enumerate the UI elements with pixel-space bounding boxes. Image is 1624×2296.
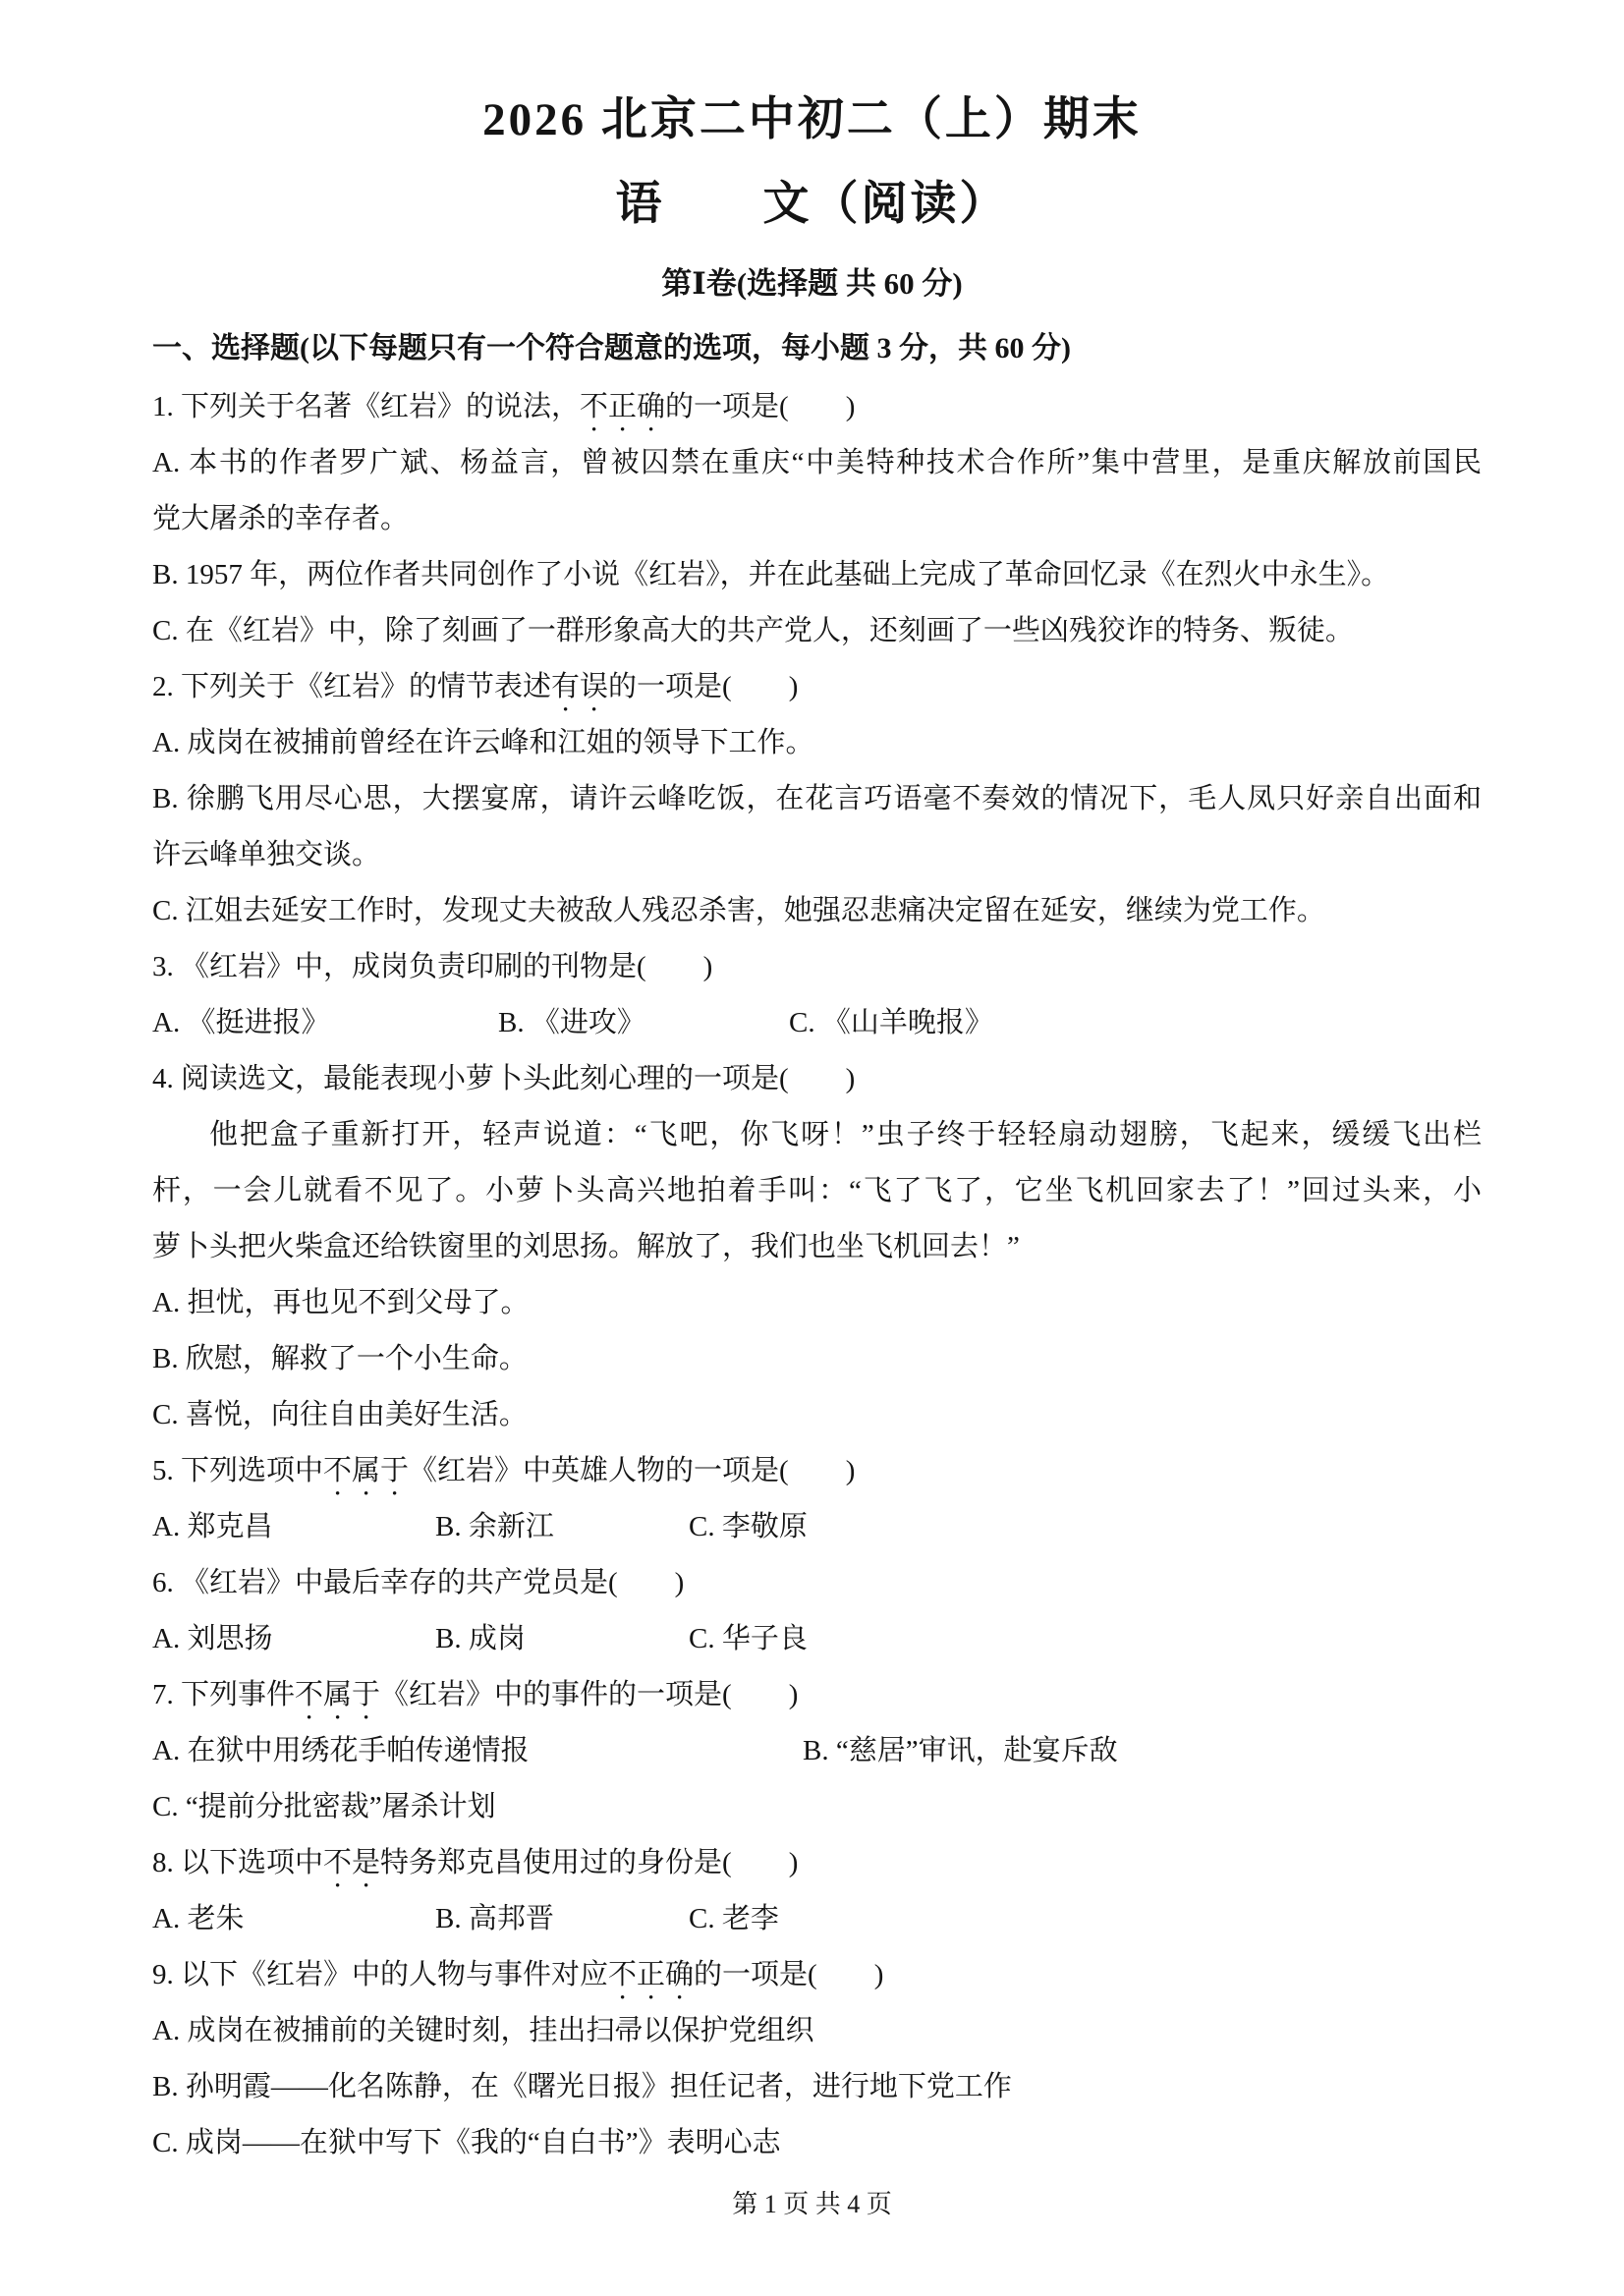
q3-option-b: B. 《进攻》 (498, 995, 789, 1051)
section-1-instructions: 一、选择题(以下每题只有一个符合题意的选项，每小题 3 分，共 60 分) (152, 326, 1482, 371)
q9-option-b: B. 孙明霞——化名陈静，在《曙光日报》担任记者，进行地下党工作 (152, 2059, 1482, 2115)
q7-stem-emphasis: 不属于 (295, 1679, 380, 1710)
q3-option-c: C. 《山羊晚报》 (789, 995, 993, 1051)
question-list: 1. 下列关于名著《红岩》的说法，不正确的一项是( ) A. 本书的作者罗广斌、… (152, 379, 1482, 2171)
question-3-stem: 3. 《红岩》中，成岗负责印刷的刊物是( ) (152, 939, 1482, 995)
q1-option-c: C. 在《红岩》中，除了刻画了一群形象高大的共产党人，还刻画了一些凶残狡诈的特务… (152, 603, 1482, 659)
q9-option-c: C. 成岗——在狱中写下《我的“自白书”》表明心志 (152, 2115, 1482, 2171)
q5-option-a: A. 郑克昌 (152, 1499, 435, 1555)
question-2-stem: 2. 下列关于《红岩》的情节表述有误的一项是( ) (152, 659, 1482, 715)
q5-option-c: C. 李敬原 (689, 1499, 808, 1555)
q1-option-a-line2: 党大屠杀的幸存者。 (152, 491, 1482, 547)
q3-options-row: A. 《挺进报》 B. 《进攻》 C. 《山羊晚报》 (152, 995, 1482, 1051)
q2-stem-emphasis: 有误 (551, 671, 608, 702)
q6-option-c: C. 华子良 (689, 1611, 808, 1667)
q2-option-c: C. 江姐去延安工作时，发现丈夫被敌人残忍杀害，她强忍悲痛决定留在延安，继续为党… (152, 883, 1482, 939)
q2-option-a: A. 成岗在被捕前曾经在许云峰和江姐的领导下工作。 (152, 715, 1482, 771)
q4-option-b: B. 欣慰，解救了一个小生命。 (152, 1331, 1482, 1387)
q1-stem-emphasis: 不正确 (580, 391, 665, 422)
q8-option-b: B. 高邦晋 (435, 1891, 689, 1947)
q4-option-a: A. 担忧，再也见不到父母了。 (152, 1275, 1482, 1331)
q8-options-row: A. 老朱 B. 高邦晋 C. 老李 (152, 1891, 1482, 1947)
q5-stem-pre: 5. 下列选项中 (152, 1455, 323, 1486)
q1-stem-pre: 1. 下列关于名著《红岩》的说法， (152, 391, 580, 422)
q2-option-b-line2: 许云峰单独交谈。 (152, 827, 1482, 883)
q4-passage-line3: 萝卜头把火柴盒还给铁窗里的刘思扬。解放了，我们也坐飞机回去！” (152, 1219, 1482, 1275)
q5-option-b: B. 余新江 (435, 1499, 689, 1555)
q8-stem-post: 特务郑克昌使用过的身份是( ) (380, 1847, 798, 1878)
question-9-stem: 9. 以下《红岩》中的人物与事件对应不正确的一项是( ) (152, 1947, 1482, 2003)
q7-stem-post: 《红岩》中的事件的一项是( ) (380, 1679, 798, 1710)
q8-stem-emphasis: 不是 (323, 1847, 380, 1878)
q7-option-a: A. 在狱中用绣花手帕传递情报 (152, 1723, 803, 1779)
page-footer: 第 1 页 共 4 页 (0, 2187, 1624, 2222)
q8-option-a: A. 老朱 (152, 1891, 435, 1947)
exam-subject-title: 语 文（阅读） (0, 175, 1624, 234)
q7-options-row-ab: A. 在狱中用绣花手帕传递情报 B. “慈居”审讯，赴宴斥敌 (152, 1723, 1482, 1779)
question-8-stem: 8. 以下选项中不是特务郑克昌使用过的身份是( ) (152, 1835, 1482, 1891)
q4-passage-line1: 他把盒子重新打开，轻声说道：“飞吧，你飞呀！”虫子终于轻轻扇动翅膀，飞起来，缓缓… (152, 1107, 1482, 1163)
q1-option-a-line1: A. 本书的作者罗广斌、杨益言，曾被囚禁在重庆“中美特种技术合作所”集中营里，是… (152, 435, 1482, 491)
q3-option-a: A. 《挺进报》 (152, 995, 498, 1051)
q7-option-c: C. “提前分批密裁”屠杀计划 (152, 1779, 1482, 1835)
q1-stem-post: 的一项是( ) (665, 391, 855, 422)
question-1-stem: 1. 下列关于名著《红岩》的说法，不正确的一项是( ) (152, 379, 1482, 435)
question-4-stem: 4. 阅读选文，最能表现小萝卜头此刻心理的一项是( ) (152, 1051, 1482, 1107)
q2-option-b-line1: B. 徐鹏飞用尽心思，大摆宴席，请许云峰吃饭，在花言巧语毫不奏效的情况下，毛人凤… (152, 771, 1482, 827)
exam-body: 一、选择题(以下每题只有一个符合题意的选项，每小题 3 分，共 60 分) 1.… (0, 326, 1624, 2171)
question-5-stem: 5. 下列选项中不属于《红岩》中英雄人物的一项是( ) (152, 1443, 1482, 1499)
q4-passage-line2: 杆，一会儿就看不见了。小萝卜头高兴地拍着手叫：“飞了飞了，它坐飞机回家去了！”回… (152, 1163, 1482, 1219)
q9-option-a: A. 成岗在被捕前的关键时刻，挂出扫帚以保护党组织 (152, 2003, 1482, 2059)
q6-option-b: B. 成岗 (435, 1611, 689, 1667)
q9-stem-pre: 9. 以下《红岩》中的人物与事件对应 (152, 1959, 608, 1990)
volume-header: 第Ⅰ卷(选择题 共 60 分) (0, 263, 1624, 305)
exam-title: 2026 北京二中初二（上）期末 (0, 0, 1624, 149)
q4-option-c: C. 喜悦，向往自由美好生活。 (152, 1387, 1482, 1443)
exam-page: 2026 北京二中初二（上）期末 语 文（阅读） 第Ⅰ卷(选择题 共 60 分)… (0, 0, 1624, 2296)
q1-option-b: B. 1957 年，两位作者共同创作了小说《红岩》，并在此基础上完成了革命回忆录… (152, 547, 1482, 603)
q9-stem-emphasis: 不正确 (608, 1959, 694, 1990)
q7-stem-pre: 7. 下列事件 (152, 1679, 295, 1710)
q5-stem-post: 《红岩》中英雄人物的一项是( ) (409, 1455, 855, 1486)
q5-options-row: A. 郑克昌 B. 余新江 C. 李敬原 (152, 1499, 1482, 1555)
question-6-stem: 6. 《红岩》中最后幸存的共产党员是( ) (152, 1555, 1482, 1611)
q2-stem-post: 的一项是( ) (608, 671, 798, 702)
q7-option-b: B. “慈居”审讯，赴宴斥敌 (803, 1723, 1118, 1779)
q6-options-row: A. 刘思扬 B. 成岗 C. 华子良 (152, 1611, 1482, 1667)
q8-option-c: C. 老李 (689, 1891, 779, 1947)
q2-stem-pre: 2. 下列关于《红岩》的情节表述 (152, 671, 551, 702)
q8-stem-pre: 8. 以下选项中 (152, 1847, 323, 1878)
q9-stem-post: 的一项是( ) (694, 1959, 883, 1990)
q5-stem-emphasis: 不属于 (323, 1455, 409, 1486)
question-7-stem: 7. 下列事件不属于《红岩》中的事件的一项是( ) (152, 1667, 1482, 1723)
q6-option-a: A. 刘思扬 (152, 1611, 435, 1667)
